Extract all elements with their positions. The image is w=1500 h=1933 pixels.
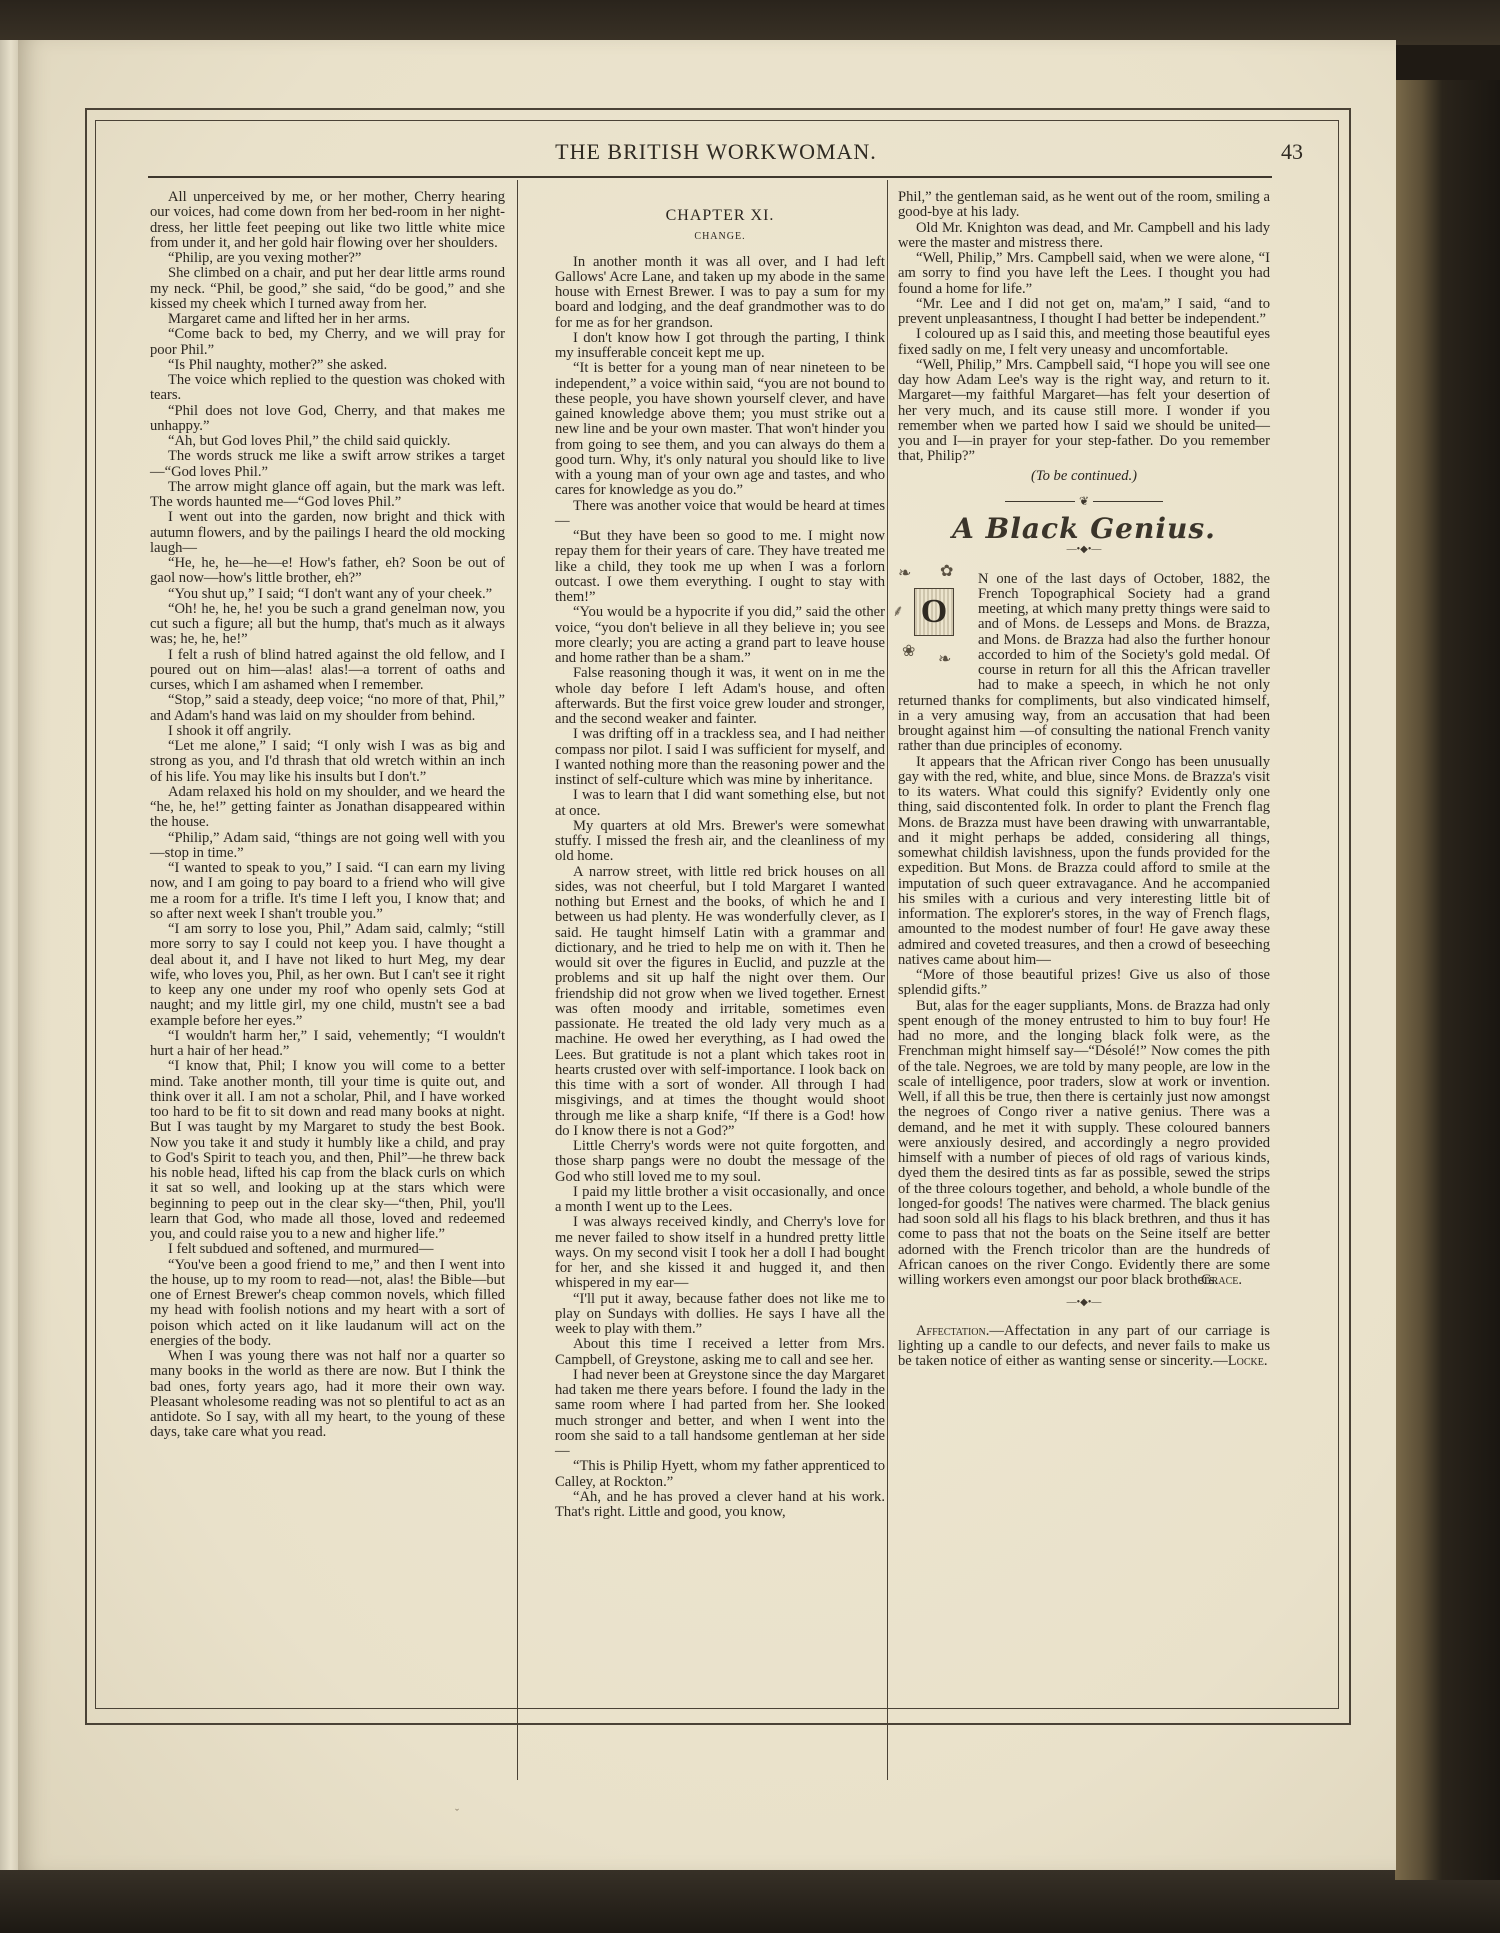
- book-binding-edge: [1395, 80, 1500, 1880]
- paragraph: “Oh! he, he, he! you be such a grand gen…: [150, 602, 505, 648]
- paragraph: My quarters at old Mrs. Brewer's were so…: [555, 819, 885, 865]
- column-3: Phil,” the gentleman said, as he went ou…: [898, 190, 1270, 1370]
- paragraph: About this time I received a letter from…: [555, 1337, 885, 1368]
- paragraph: “I'll put it away, because father does n…: [555, 1292, 885, 1338]
- paragraph: “This is Philip Hyett, whom my father ap…: [555, 1459, 885, 1490]
- vine-ornament-icon: ✿: [940, 564, 953, 579]
- section-divider: —•◆•—: [898, 1295, 1270, 1310]
- decorated-initial: ❧ ✿ ⸙ ❀ ❧ O: [892, 564, 970, 682]
- paragraph: “Philip, are you vexing mother?”: [150, 251, 505, 266]
- scan-background-top: [0, 0, 1500, 45]
- paragraph: “Well, Philip,” Mrs. Campbell said, “I h…: [898, 358, 1270, 465]
- footnote-label: Affectation.: [916, 1323, 989, 1339]
- paragraph: “Stop,” said a steady, deep voice; “no m…: [150, 693, 505, 724]
- footnote-quote: Affectation.—Affectation in any part of …: [898, 1324, 1270, 1370]
- paragraph: She climbed on a chair, and put her dear…: [150, 266, 505, 312]
- paragraph: “Ah, but God loves Phil,” the child said…: [150, 434, 505, 449]
- vine-ornament-icon: ❧: [898, 566, 911, 581]
- paper-speck: ˇ: [455, 1806, 459, 1821]
- paragraph: “Let me alone,” I said; “I only wish I w…: [150, 739, 505, 785]
- header-rule: [148, 176, 1272, 178]
- paragraph: “I wanted to speak to you,” I said. “I c…: [150, 861, 505, 922]
- paragraph: “I wouldn't harm her,” I said, vehementl…: [150, 1029, 505, 1060]
- paragraph: Adam relaxed his hold on my shoulder, an…: [150, 785, 505, 831]
- paragraph: “Ah, and he has proved a clever hand at …: [555, 1490, 885, 1521]
- paragraph: “You've been a good friend to me,” and t…: [150, 1258, 505, 1350]
- paragraph: “I know that, Phil; I know you will come…: [150, 1059, 505, 1242]
- paragraph: “Phil does not love God, Cherry, and tha…: [150, 404, 505, 435]
- paragraph: I felt a rush of blind hatred against th…: [150, 648, 505, 694]
- scan-background-bottom: [0, 1860, 1500, 1933]
- column-2: CHAPTER XI. CHANGE. In another month it …: [555, 190, 885, 1520]
- paragraph: I was drifting off in a trackless sea, a…: [555, 727, 885, 788]
- paragraph: I shook it off angrily.: [150, 724, 505, 739]
- paragraph: “You shut up,” I said; “I don't want any…: [150, 587, 505, 602]
- paragraph: “More of those beautiful prizes! Give us…: [898, 968, 1270, 999]
- paragraph: When I was young there was not half nor …: [150, 1349, 505, 1441]
- paragraph: “It is better for a young man of near ni…: [555, 361, 885, 498]
- paragraph: It appears that the African river Congo …: [898, 755, 1270, 969]
- column-divider: [887, 180, 888, 1780]
- running-header: THE BRITISH WORKWOMAN. 43: [95, 135, 1337, 175]
- vine-ornament-icon: ⸙: [892, 604, 904, 619]
- article-title: A Black Genius.: [898, 521, 1270, 536]
- ornamental-divider: ❦: [898, 494, 1270, 509]
- paragraph: Little Cherry's words were not quite for…: [555, 1139, 885, 1185]
- paragraph: In another month it was all over, and I …: [555, 255, 885, 331]
- paragraph: All unperceived by me, or her mother, Ch…: [150, 190, 505, 251]
- paragraph: The arrow might glance off again, but th…: [150, 480, 505, 511]
- paragraph: The voice which replied to the question …: [150, 373, 505, 404]
- paragraph: I coloured up as I said this, and meetin…: [898, 327, 1270, 358]
- paragraph: Phil,” the gentleman said, as he went ou…: [898, 190, 1270, 221]
- vine-ornament-icon: ❧: [938, 652, 951, 667]
- paragraph: “But they have been so good to me. I mig…: [555, 529, 885, 605]
- paragraph: A narrow street, with little red brick h…: [555, 865, 885, 1140]
- paragraph: “Is Phil naughty, mother?” she asked.: [150, 358, 505, 373]
- column-divider: [517, 180, 518, 1780]
- paragraph: “Mr. Lee and I did not get on, ma'am,” I…: [898, 297, 1270, 328]
- vine-ornament-icon: ❀: [902, 644, 915, 659]
- paragraph: But, alas for the eager suppliants, Mons…: [898, 999, 1270, 1289]
- paragraph: I don't know how I got through the parti…: [555, 331, 885, 362]
- divider-line: [1005, 501, 1075, 502]
- paragraph: There was another voice that would be he…: [555, 499, 885, 530]
- facing-page-edge: [0, 40, 18, 1870]
- paragraph: “Come back to bed, my Cherry, and we wil…: [150, 327, 505, 358]
- paragraph: “Well, Philip,” Mrs. Campbell said, when…: [898, 251, 1270, 297]
- paragraph: I had never been at Greystone since the …: [555, 1368, 885, 1460]
- paragraph: Margaret came and lifted her in her arms…: [150, 312, 505, 327]
- paragraph: False reasoning though it was, it went o…: [555, 666, 885, 727]
- to-be-continued-note: (To be continued.): [898, 469, 1270, 484]
- paragraph: “I am sorry to lose you, Phil,” Adam sai…: [150, 922, 505, 1029]
- publication-title: THE BRITISH WORKWOMAN.: [95, 139, 1337, 165]
- paragraph: Old Mr. Knighton was dead, and Mr. Campb…: [898, 221, 1270, 252]
- paragraph: “He, he, he—he—e! How's father, eh? Soon…: [150, 556, 505, 587]
- chapter-title: CHAPTER XI.: [555, 208, 885, 223]
- column-1: All unperceived by me, or her mother, Ch…: [150, 190, 505, 1441]
- paragraph: The words struck me like a swift arrow s…: [150, 449, 505, 480]
- footnote-author: —Locke.: [1213, 1353, 1267, 1369]
- article-body: ❧ ✿ ⸙ ❀ ❧ O N one of the last days of Oc…: [898, 572, 1270, 1289]
- fleuron-icon: ❦: [1075, 494, 1093, 509]
- paragraph: I went out into the garden, now bright a…: [150, 510, 505, 556]
- paragraph: I was always received kindly, and Cherry…: [555, 1215, 885, 1291]
- paragraph: I was to learn that I did want something…: [555, 788, 885, 819]
- page-number: 43: [1281, 139, 1303, 165]
- dropcap-letter: O: [914, 588, 954, 636]
- paragraph: “Philip,” Adam said, “things are not goi…: [150, 831, 505, 862]
- paragraph: I paid my little brother a visit occasio…: [555, 1185, 885, 1216]
- divider-line: [1093, 501, 1163, 502]
- paragraph: I felt subdued and softened, and murmure…: [150, 1242, 505, 1257]
- chapter-subtitle: CHANGE.: [555, 229, 885, 244]
- paragraph: “You would be a hypocrite if you did,” s…: [555, 605, 885, 666]
